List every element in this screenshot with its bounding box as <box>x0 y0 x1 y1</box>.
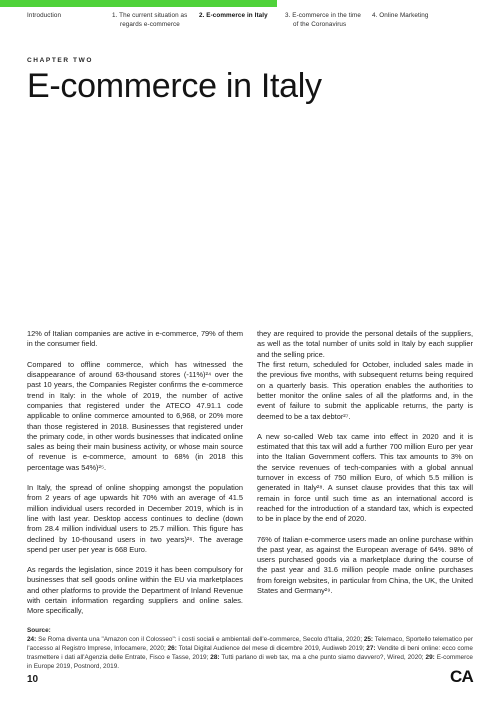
body-paragraph: Compared to offline commerce, which has … <box>27 360 243 473</box>
source-footnotes: 24: Se Roma diventa una "Amazon con il C… <box>27 635 473 671</box>
body-paragraph: they are required to provide the persona… <box>257 329 473 422</box>
footnote-text: Se Roma diventa una "Amazon con il Colos… <box>38 636 362 643</box>
body-paragraph: 76% of Italian e-commerce users made an … <box>257 535 473 597</box>
footnote-text: Total Digital Audience del mese di dicem… <box>179 645 365 652</box>
nav-item-ecommerce-in-italy[interactable]: 2. E-commerce in Italy <box>199 12 285 21</box>
progress-bar-fill <box>0 0 277 7</box>
footnote-number: 25: <box>364 636 373 643</box>
page-number: 10 <box>27 674 38 685</box>
footnote-number: 26: <box>168 645 177 652</box>
ca-logo: CA <box>450 667 473 687</box>
left-column: 12% of Italian companies are active in e… <box>27 329 243 616</box>
page-title: E-commerce in Italy <box>27 67 473 105</box>
nav-item-current-situation[interactable]: 1. The current situation as regards e-co… <box>112 12 199 29</box>
page-footer: 10 CA <box>27 667 473 687</box>
right-column: they are required to provide the persona… <box>257 329 473 616</box>
chapter-kicker: CHAPTER TWO <box>27 57 473 64</box>
nav-item-introduction[interactable]: Introduction <box>27 12 112 21</box>
footnote-number: 27: <box>366 645 375 652</box>
body-paragraph: 12% of Italian companies are active in e… <box>27 329 243 350</box>
footnote-number: 29: <box>426 654 435 661</box>
progress-bar-track <box>0 0 500 7</box>
body-paragraph: In Italy, the spread of online shopping … <box>27 483 243 555</box>
footnote-number: 24: <box>27 636 36 643</box>
footnote-text: Tutti parlano di web tax, ma a che punto… <box>221 654 423 661</box>
document-page: Introduction 1. The current situation as… <box>0 0 500 707</box>
body-paragraph: As regards the legislation, since 2019 i… <box>27 565 243 616</box>
nav-item-online-marketing[interactable]: 4. Online Marketing <box>372 12 429 21</box>
body-paragraph: A new so-called Web tax came into effect… <box>257 432 473 525</box>
source-label: Source: <box>27 626 473 635</box>
footnote-number: 28: <box>210 654 219 661</box>
source-section: Source: 24: Se Roma diventa una "Amazon … <box>27 626 473 671</box>
nav-item-ecommerce-coronavirus[interactable]: 3. E-commerce in the time of the Coronav… <box>285 12 372 29</box>
article-body: 12% of Italian companies are active in e… <box>27 329 473 616</box>
